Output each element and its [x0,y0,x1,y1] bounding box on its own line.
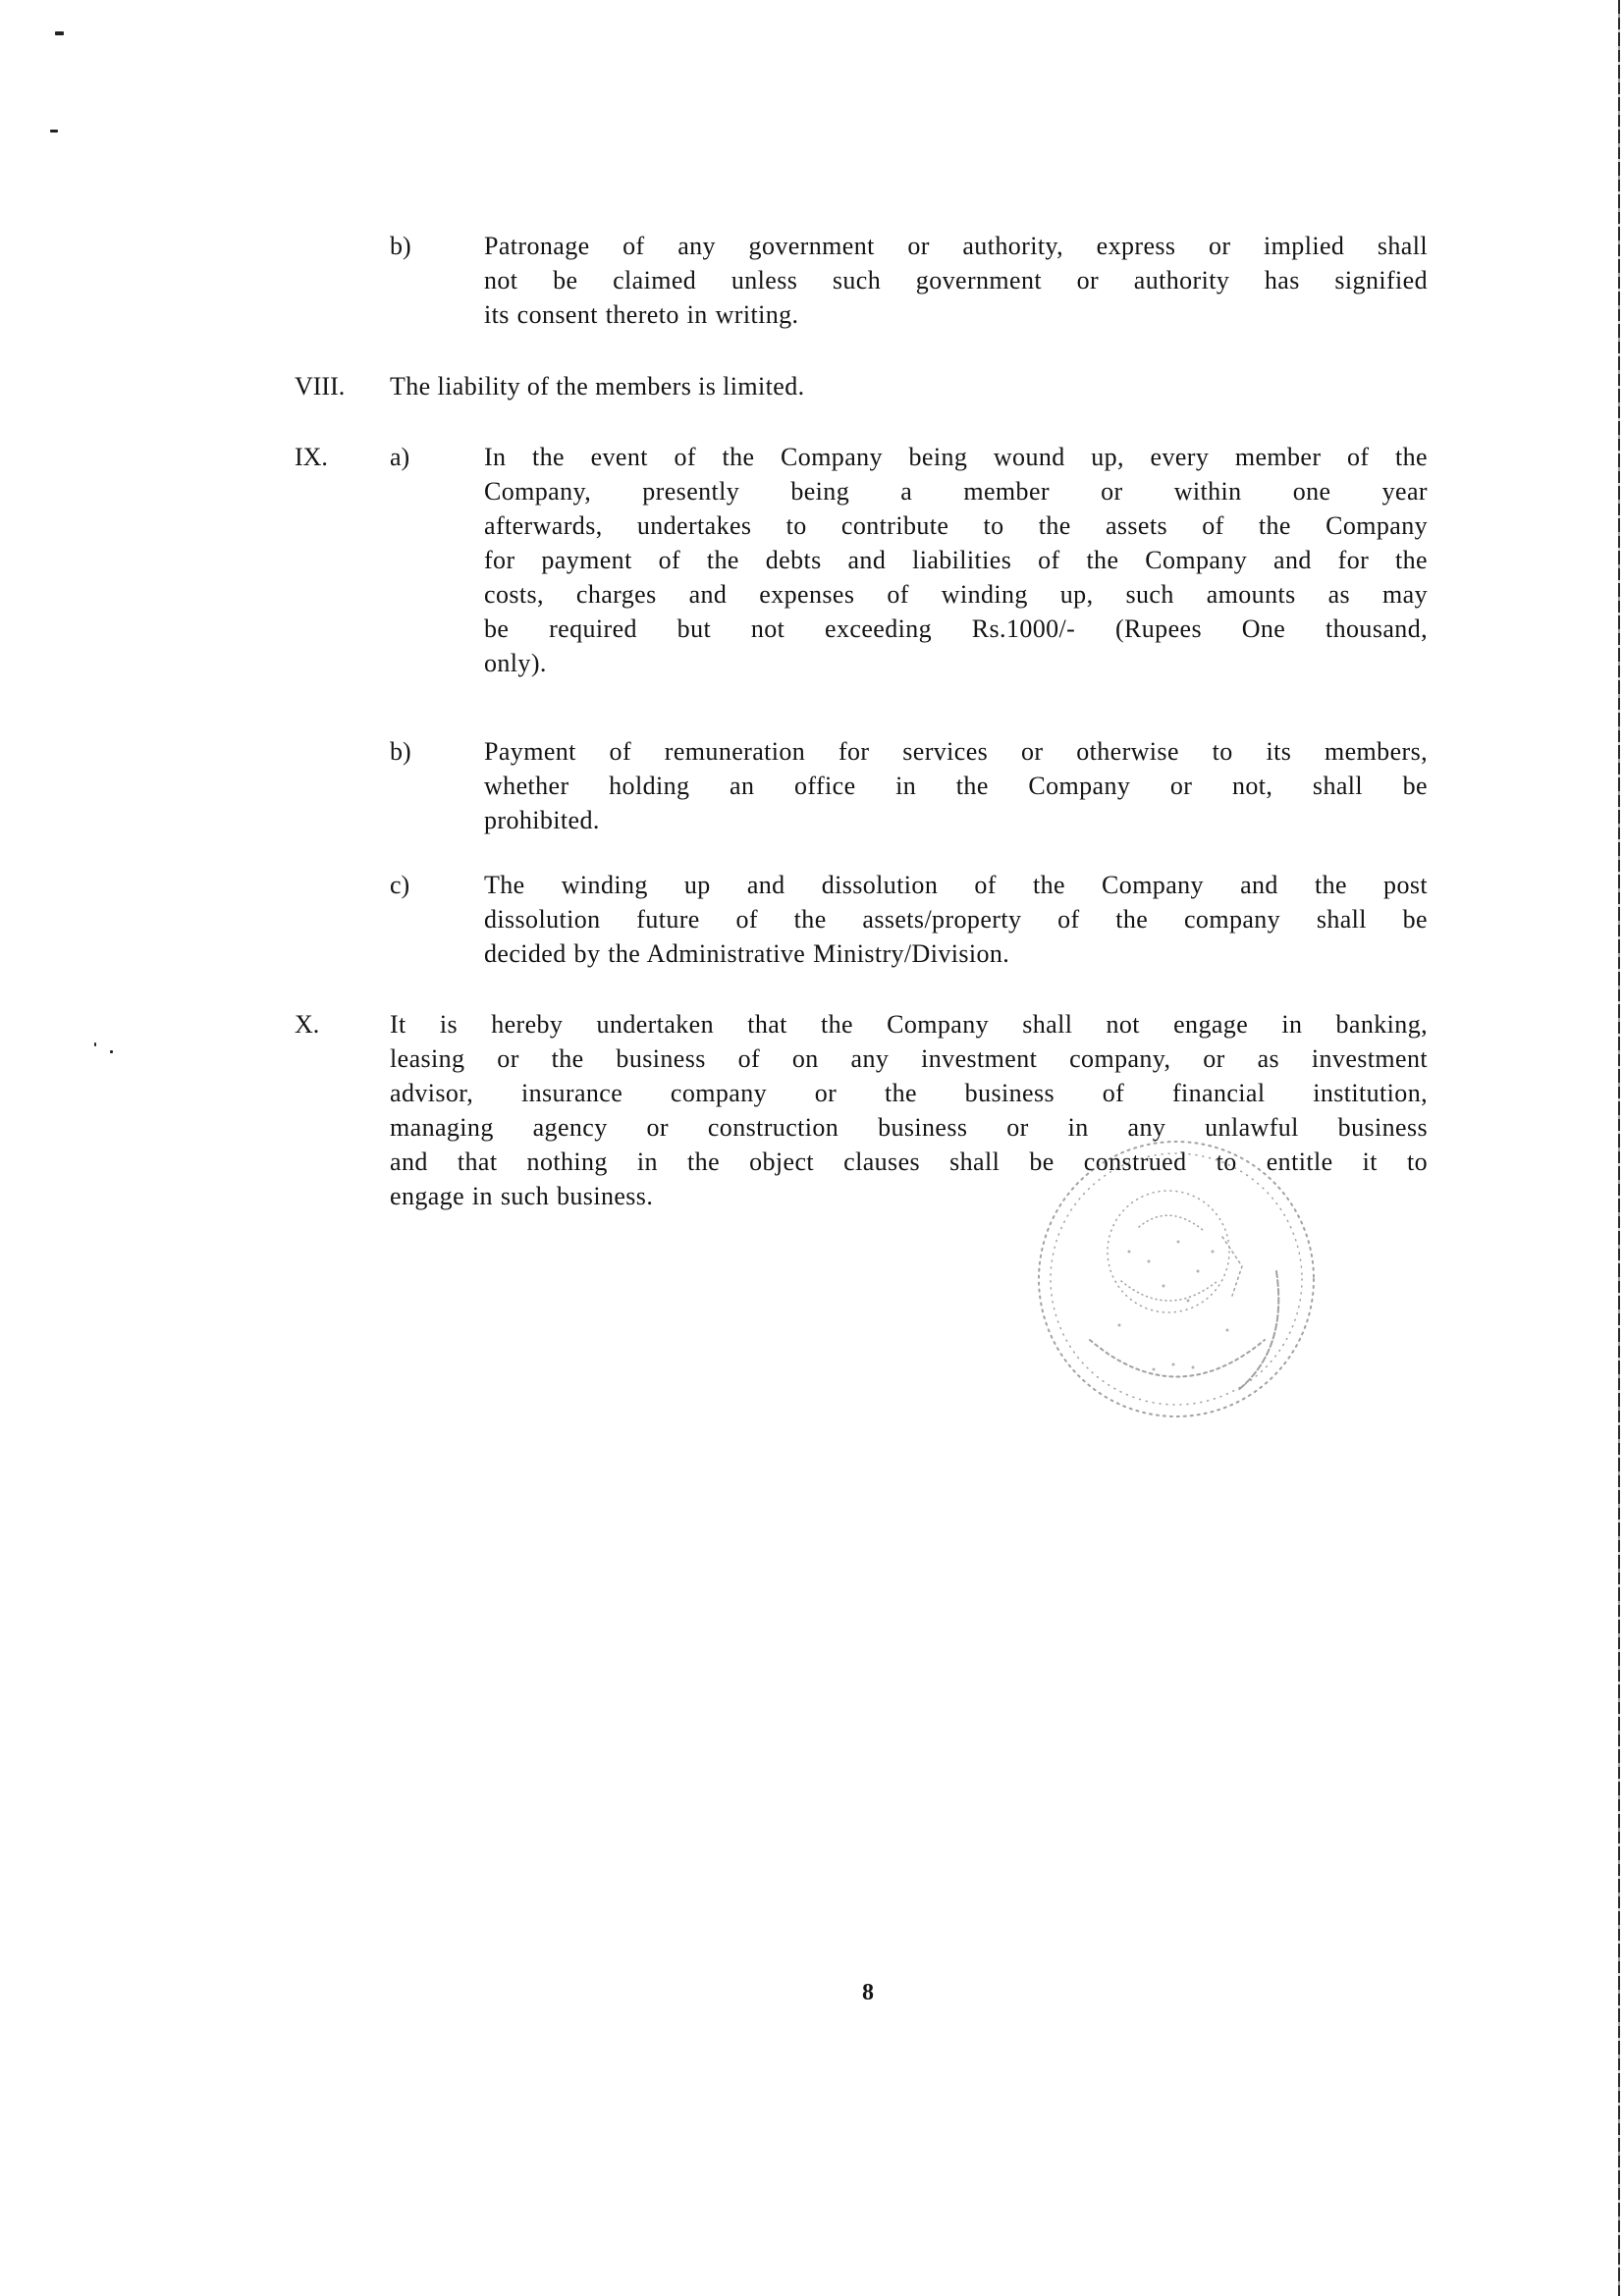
clause-ix-b-text: Payment of remuneration for services or … [484,734,1428,837]
text-line: costs, charges and expenses of winding u… [484,577,1428,612]
text-line: be required but not exceeding Rs.1000/- … [484,612,1428,646]
scan-speck [50,130,58,133]
document-page: b) Patronage of any government or author… [0,0,1623,2296]
text-line: not be claimed unless such government or… [484,263,1428,297]
text-line: its consent thereto in writing. [484,297,1428,332]
text-line: only). [484,646,1428,680]
clause-viii-text: The liability of the members is limited. [390,369,805,403]
text-line: Company, presently being a member or wit… [484,474,1428,508]
clause-vii-b-text: Patronage of any government or authority… [484,229,1428,332]
text-line: engage in such business. [390,1179,1428,1213]
clause-viii-numeral: VIII. [295,369,345,403]
text-line: leasing or the business of on any invest… [390,1041,1428,1076]
scan-speck [55,31,64,35]
page-number: 8 [862,1979,874,2006]
text-line: for payment of the debts and liabilities… [484,543,1428,577]
scan-edge-line [1618,0,1620,2296]
text-line: managing agency or construction business… [390,1110,1428,1145]
clause-vii-b-label: b) [390,229,411,263]
text-line: In the event of the Company being wound … [484,440,1428,474]
scan-speck [94,1042,96,1046]
text-line: The winding up and dissolution of the Co… [484,868,1428,902]
clause-ix-a-text: In the event of the Company being wound … [484,440,1428,680]
scan-speck [110,1050,113,1053]
clause-x-text: It is hereby undertaken that the Company… [390,1007,1428,1213]
clause-x-numeral: X. [295,1007,319,1041]
clause-ix-a-label: a) [390,440,409,474]
text-line: prohibited. [484,803,1428,837]
clause-ix-b-label: b) [390,734,411,769]
clause-ix-c-label: c) [390,868,409,902]
clause-ix-c-text: The winding up and dissolution of the Co… [484,868,1428,971]
text-line: Payment of remuneration for services or … [484,734,1428,769]
text-line: advisor, insurance company or the busine… [390,1076,1428,1110]
text-line: afterwards, undertakes to contribute to … [484,508,1428,543]
clause-ix-numeral: IX. [295,440,328,474]
text-line: and that nothing in the object clauses s… [390,1145,1428,1179]
text-line: It is hereby undertaken that the Company… [390,1007,1428,1041]
text-line: dissolution future of the assets/propert… [484,902,1428,936]
text-line: decided by the Administrative Ministry/D… [484,936,1428,971]
text-line: whether holding an office in the Company… [484,769,1428,803]
text-line: Patronage of any government or authority… [484,229,1428,263]
